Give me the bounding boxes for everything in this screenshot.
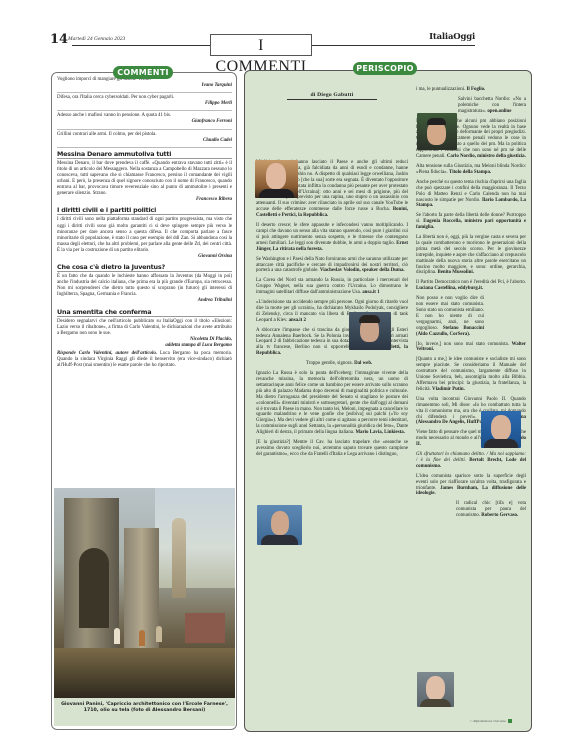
reply-lead: Risponde Carlo Valentini, autore dell'ar… <box>57 351 157 356</box>
quote-source: Carlo Nordio, ministro della giustizia. <box>447 154 526 159</box>
zelensky-photo <box>349 312 391 350</box>
gervaso-photo <box>417 672 454 707</box>
letter-item: I diritti civili e i partiti politici I … <box>57 206 232 260</box>
quote: Salvini bacchetta Nordio: «No a polemich… <box>416 97 526 115</box>
quote: [Io, invece,] non sono mai stato comunis… <box>416 342 526 354</box>
quote: La libertà non è, oggi, più la vergine c… <box>416 235 526 276</box>
section-title: I COMMENTI <box>210 34 312 56</box>
quote: Se Washington e i Paesi della Nato forni… <box>256 257 408 275</box>
quote: [Quanto a me,] le idee comuniste e socia… <box>416 357 526 392</box>
quote-source: Titolo della Stampa. <box>449 170 491 175</box>
quote: i ma, le puntualizzazioni. Il Foglio. <box>416 87 526 93</box>
author: Andrea Tribulini <box>57 298 232 304</box>
periscopio-label: PERISCOPIO <box>353 62 417 75</box>
quote: Alta tensione sulla Giustizia, ma Meloni… <box>416 164 526 176</box>
image-caption: Giovanni Panini, 'Capriccio architettoni… <box>54 698 235 726</box>
commenti-content: Vogliono imporci di mangiare gli insetti… <box>57 77 232 372</box>
quote: Il deserto cresce; le sfere appassite e … <box>256 223 408 253</box>
quote-source: Il Foglio. <box>467 87 486 92</box>
periscopio-column-2: i ma, le puntualizzazioni. Il Foglio. Sa… <box>416 87 526 523</box>
letter-item: Una smentita che conferma Desidero segna… <box>57 308 232 370</box>
quote-source: open.online <box>487 109 511 114</box>
quote-source: Roberto Gervaso. <box>481 513 518 518</box>
quote: [E la giustizia?] Mentre il Cav. ha lasc… <box>256 440 408 458</box>
quote: Anche perché su questo tema rischia d'ap… <box>416 180 526 210</box>
letter-body: I diritti civili sono nella piattaforma … <box>57 217 232 260</box>
quote-source: Benito Mussolini. <box>437 270 473 275</box>
short-comment: Grillini contrari alle armi. Il colmo, p… <box>57 132 232 148</box>
author: Claudio Cadei <box>57 138 232 144</box>
author: Ivano Tarquini <box>57 83 232 89</box>
quote-source: Luciana Castellina, eddyburg.it. <box>416 286 483 291</box>
end-square-icon <box>508 719 512 723</box>
quote-source: Viacheslav Volodin, speaker della Duma. <box>320 268 405 273</box>
commenti-label: COMMENTI <box>113 66 173 79</box>
quote-source: Vladimir Putin. <box>432 387 465 392</box>
letter-body: Messina Denaro, il bar dove prendeva il … <box>57 161 232 204</box>
quote-source: ansa.it 1 <box>362 290 379 295</box>
short-comment: Vogliono imporci di mangiare gli insetti… <box>57 77 232 93</box>
page-date: Martedì 24 Gennaio 2023 <box>68 36 125 42</box>
reply: Risponde Carlo Valentini, autore dell'ar… <box>57 351 232 369</box>
quote: L'idea comunista sparisce sotto la super… <box>416 474 526 498</box>
author: Francesco Ribera <box>57 197 232 203</box>
quote: Non posso e non voglio dire di non esser… <box>416 296 526 337</box>
brand-logo: ItaliaOggi <box>425 32 475 42</box>
quote-source: ansa.it 2 <box>289 318 306 323</box>
letter-item: Che cosa c'è dietro la Juventus? È un fa… <box>57 263 232 304</box>
quote-source: Mario Lavia, Linkiesta. <box>355 430 404 435</box>
quote: Se l'aborto fa parte della libertà delle… <box>416 213 526 231</box>
short-comment: Difesa, ora l'Italia cerca cybersoldati.… <box>57 95 232 111</box>
byline: di Diego Gabutti <box>257 92 407 100</box>
letter-title: Messina Denaro ammutoliva tutti <box>57 150 232 159</box>
author-role: addetta stampa di Luca Bergamo <box>57 343 232 349</box>
quote: La Corea del Nord sta armando la Russia,… <box>256 278 408 296</box>
quote-source: Eugenia Roccella, ministro pari opportun… <box>416 219 526 230</box>
letter-title: I diritti civili e i partiti politici <box>57 206 232 215</box>
periscopio-column-1: Migliaia di russi hanno lasciato il Paes… <box>256 100 408 462</box>
letter-item: Messina Denaro ammutoliva tutti Messina … <box>57 150 232 204</box>
painting-image <box>54 488 235 698</box>
quote-source: Dal web. <box>354 361 372 366</box>
putin-photo <box>255 160 298 198</box>
masthead: 14 Martedì 24 Gennaio 2023 I COMMENTI It… <box>50 30 475 58</box>
quote: Ignazio La Russa è solo la punta dell'ic… <box>256 371 408 436</box>
author: Gianfranco Ferroni <box>57 119 232 125</box>
bonaccini-photo <box>481 411 521 448</box>
author: Giovanni Orsina <box>57 254 232 260</box>
letter-body: Desidero segnalarvi che nell'articolo pu… <box>57 319 232 349</box>
quote: Troppo gentile, signora. Dal web. <box>256 361 408 367</box>
letter-body: È un fatto che da quando le inchieste ha… <box>57 274 232 304</box>
la-russa-photo <box>257 505 302 545</box>
author: Filippo Merli <box>57 101 232 107</box>
letter-title: Che cosa c'è dietro la Juventus? <box>57 263 232 272</box>
quote: Gli sfruttatori lo chiamano delitto. / M… <box>416 452 526 470</box>
quote: Il Partito Democratico non è l'eredità d… <box>416 280 526 292</box>
letter-title: Una smentita che conferma <box>57 308 232 317</box>
salvini-photo <box>417 113 457 150</box>
quote: Il radical chic [tifa e] vota comunista … <box>416 501 526 519</box>
copyright-note: © Riproduzione riservata <box>470 719 512 723</box>
short-comment: Adesso anche i mafiosi vanno in pensione… <box>57 113 232 129</box>
